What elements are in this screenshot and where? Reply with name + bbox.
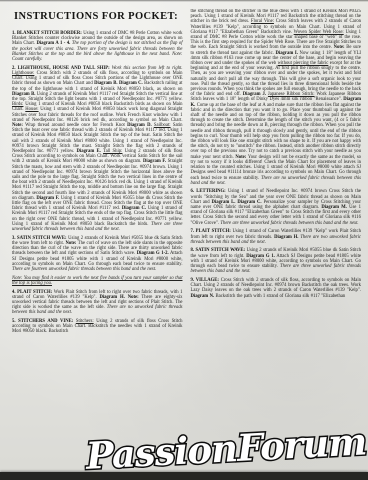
photo-bottom-edge — [0, 472, 368, 480]
paragraph: 3. SATIN STITCH WAVE: Using 2 strands of… — [12, 236, 183, 272]
column-right: the stitching thread on the stitcher in … — [191, 9, 362, 474]
scanned-instruction-page: INSTRUCTIONS FOR POCKET: 1. BLANKET STIT… — [0, 0, 368, 480]
paragraph: 1. BLANKET STITCH BORDER: Using 1 strand… — [12, 31, 183, 62]
paragraph: 8. SATIN STITCH WAVE: Using 2 strands of… — [191, 248, 362, 274]
paragraph: 5. STITCHERS AND VINE: Stitchers: Using … — [12, 319, 183, 335]
paragraph: 4. PLAIT STITCH: Work Plait Stitch from … — [12, 290, 183, 316]
paragraph: the stitching thread on the stitcher in … — [191, 9, 362, 186]
left-column-text: 1. BLANKET STITCH BORDER: Using 1 strand… — [12, 31, 183, 335]
paragraph: 7. PLAIT STITCH: Using 1 strand of Caron… — [191, 229, 362, 245]
scan-top-edge — [0, 0, 368, 2]
paragraph: 6. LETTERING: Using 1 strand of Needlepo… — [191, 189, 362, 225]
paragraph: 2. LIGHTHOUSE, HOUSE AND TALL SHIP: Work… — [12, 66, 183, 233]
paragraph: 9. VILLAGE: Cross Stitch with 2 strands … — [191, 278, 362, 299]
right-column-text: the stitching thread on the stitcher in … — [191, 9, 362, 299]
column-left: INSTRUCTIONS FOR POCKET: 1. BLANKET STIT… — [12, 9, 183, 474]
paragraph: Note: You may find it easier to work the… — [12, 276, 183, 286]
text-columns: INSTRUCTIONS FOR POCKET: 1. BLANKET STIT… — [12, 9, 361, 474]
page-title: INSTRUCTIONS FOR POCKET: — [14, 11, 183, 22]
